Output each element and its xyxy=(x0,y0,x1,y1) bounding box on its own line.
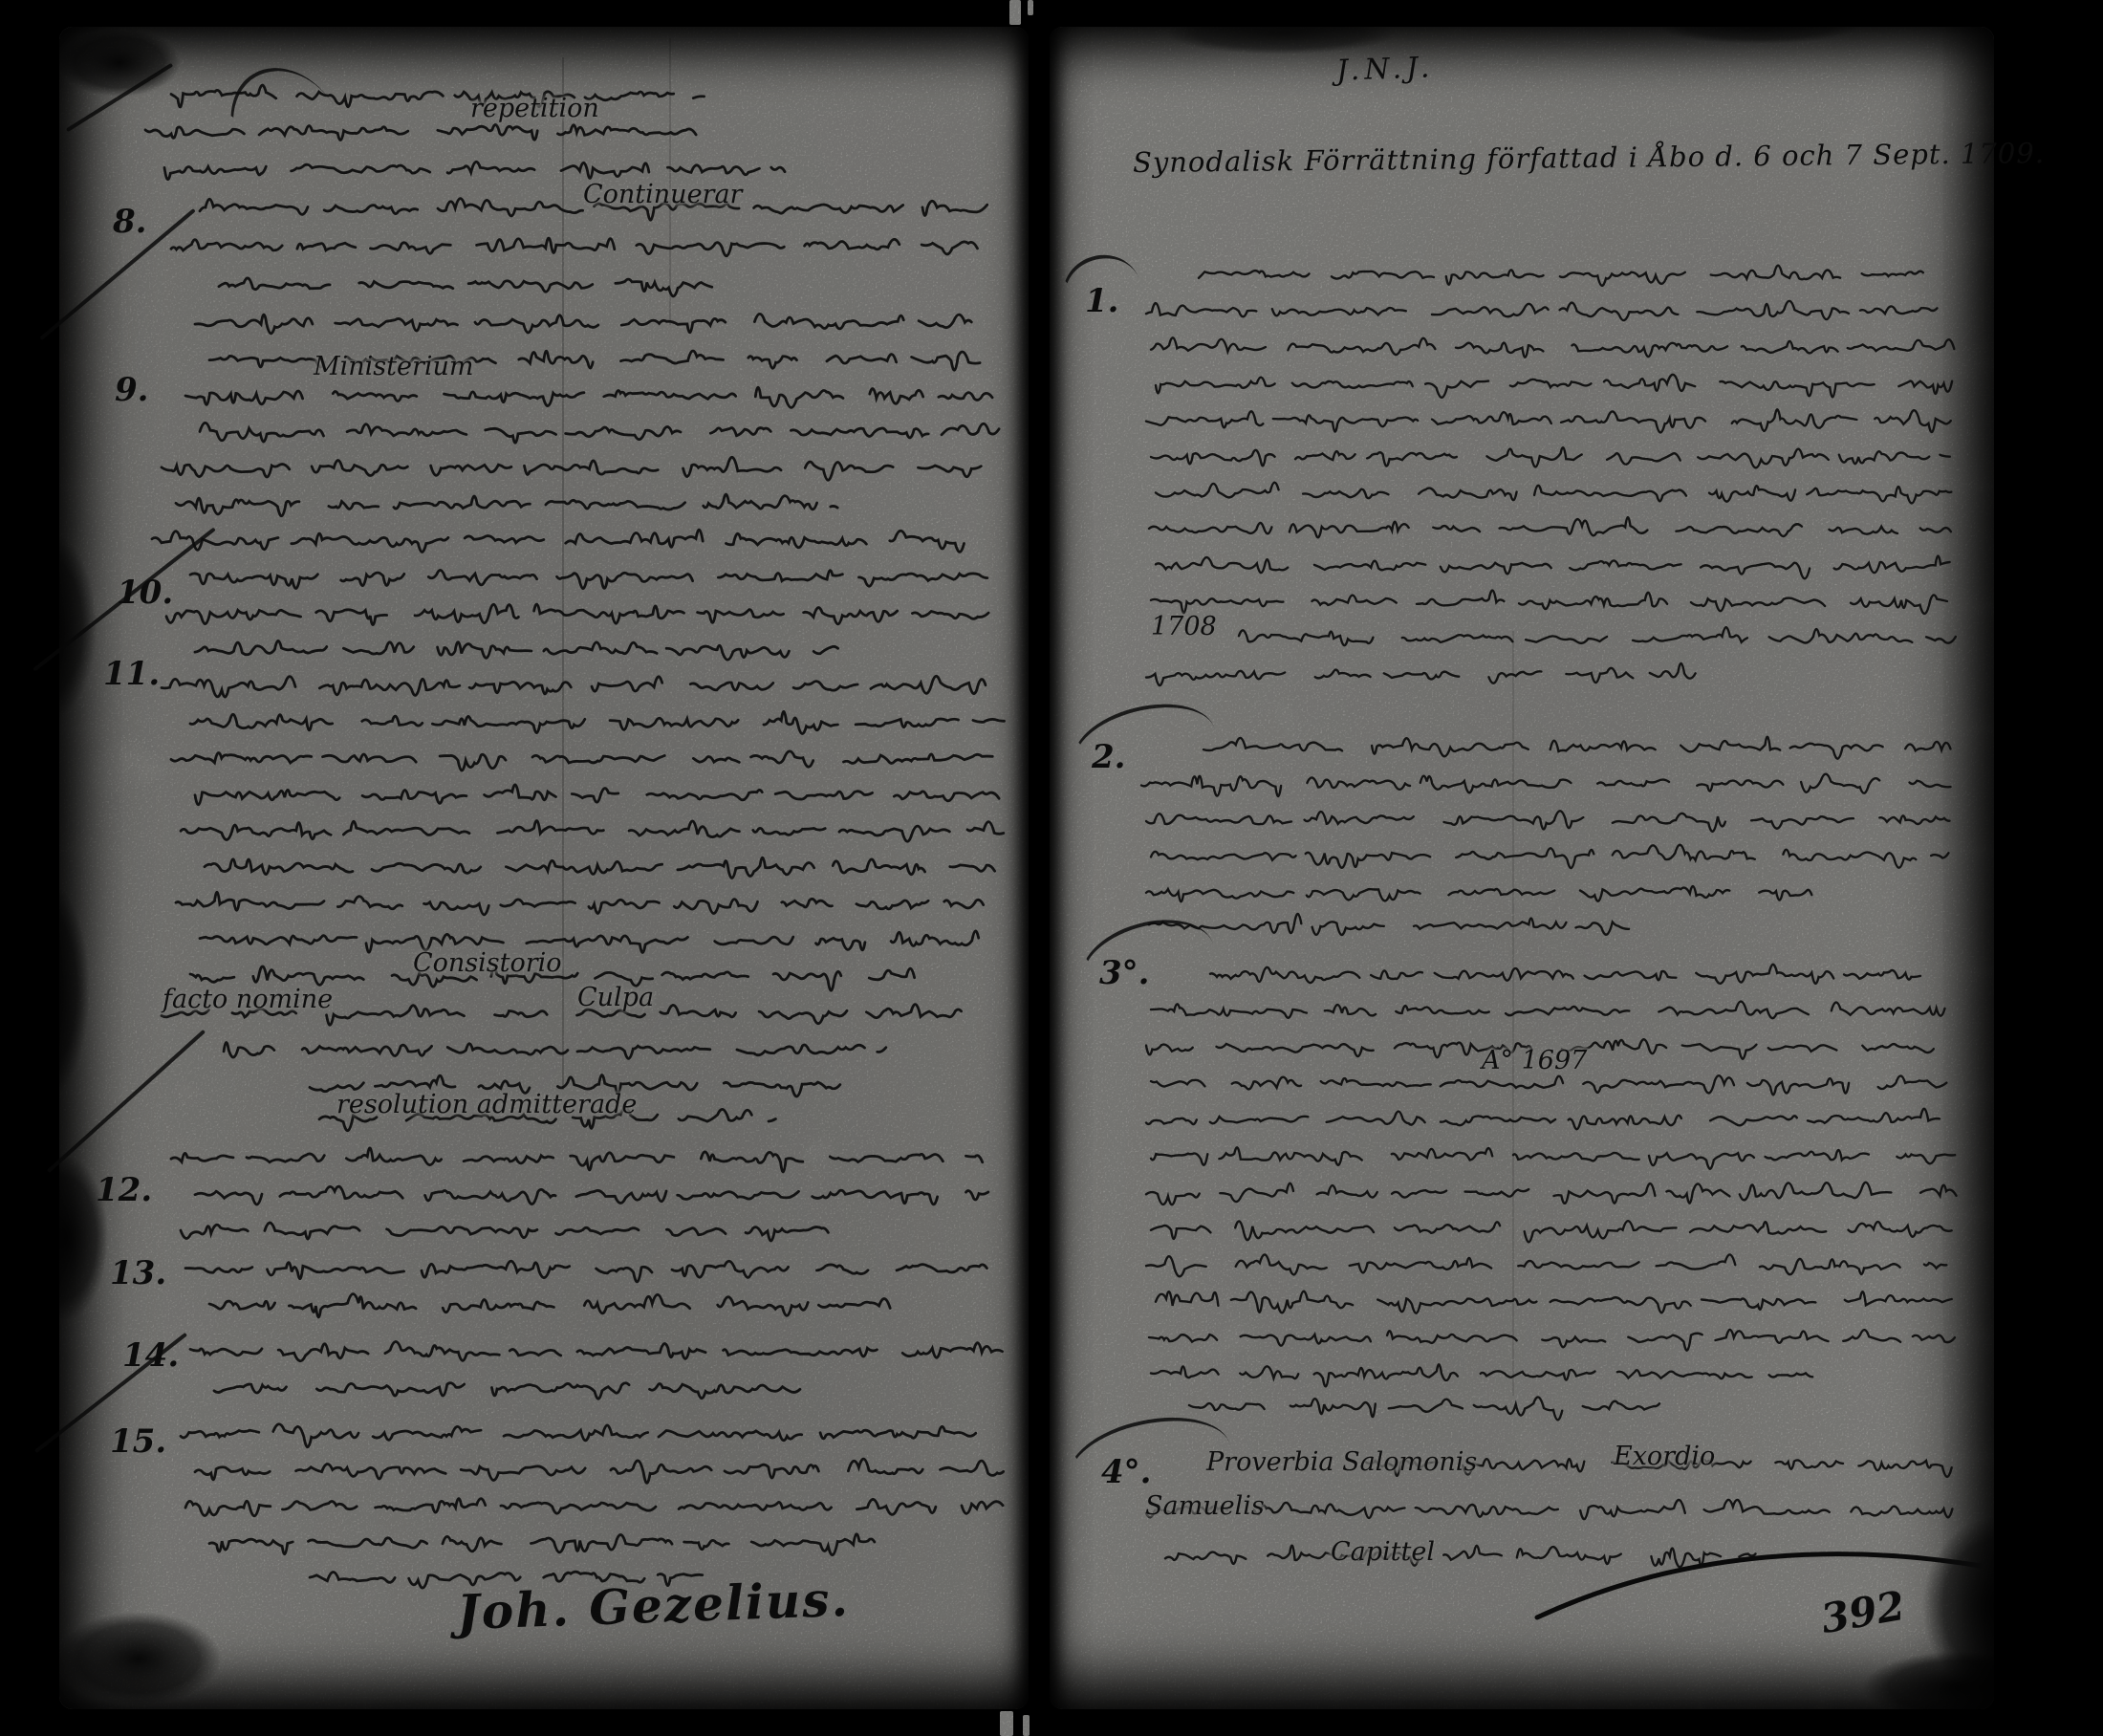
fragment-facto-nomine: facto nomine xyxy=(163,985,333,1014)
handwriting-line xyxy=(163,595,985,627)
handwriting-line xyxy=(1145,906,1623,939)
margin-number-11: 11. xyxy=(103,655,160,693)
manuscript-scan: J.N.J. Synodalisk Förrättning författad … xyxy=(0,0,2103,1736)
fragment-ministerium: Ministerium xyxy=(314,352,474,381)
handwriting-line xyxy=(1147,992,1950,1025)
handwriting-line xyxy=(220,1031,889,1063)
handwriting-line xyxy=(1142,801,1950,834)
handwriting-line xyxy=(1152,547,1950,579)
handwriting-line xyxy=(186,1333,999,1365)
handwriting-line xyxy=(1142,1247,1950,1279)
handwriting-line xyxy=(1147,329,1950,361)
margin-number-14: 14. xyxy=(122,1336,179,1375)
handwriting-line xyxy=(182,1487,1004,1520)
handwriting-line xyxy=(1147,1138,1950,1170)
margin-number-1: 1. xyxy=(1085,282,1119,320)
handwriting-line xyxy=(1142,401,1950,434)
handwriting-line xyxy=(1152,474,1950,507)
handwriting-line xyxy=(191,776,994,809)
margin-number-3: 3°. xyxy=(1099,954,1150,992)
handwriting-line xyxy=(1161,1537,1754,1570)
handwriting-line xyxy=(1195,256,1950,289)
handwriting-line xyxy=(167,1139,980,1172)
handwriting-line xyxy=(1142,656,1697,688)
handwriting-line xyxy=(177,1415,999,1447)
handwriting-line xyxy=(182,377,994,409)
handwriting-line xyxy=(1145,510,1950,543)
handwriting-line xyxy=(1142,1101,1950,1134)
handwriting-line xyxy=(148,522,989,554)
handwriting-line xyxy=(1147,1210,1950,1243)
handwriting-line xyxy=(196,922,980,954)
handwriting-line xyxy=(172,885,985,918)
handwriting-line xyxy=(141,113,725,145)
handwriting-line xyxy=(206,1287,894,1319)
handwriting-line xyxy=(1147,438,1950,470)
handwriting-line xyxy=(1200,728,1950,761)
handwriting-line xyxy=(1185,1388,1663,1421)
fragment-year-1708: 1708 xyxy=(1151,612,1217,641)
handwriting-line xyxy=(201,849,994,881)
fragment-samuelis: Samuelis xyxy=(1145,1491,1265,1521)
margin-number-12: 12. xyxy=(96,1171,152,1209)
fragment-resolution: resolution admitterade xyxy=(336,1090,637,1119)
handwriting-line xyxy=(1138,765,1950,797)
handwriting-line xyxy=(167,740,989,772)
handwriting-line xyxy=(210,1369,822,1401)
handwriting-line xyxy=(1147,837,1950,870)
handwriting-line xyxy=(1142,874,1811,906)
handwriting-line xyxy=(191,631,841,663)
margin-number-13: 13. xyxy=(110,1254,166,1292)
handwriting-line xyxy=(167,76,703,109)
margin-number-15: 15. xyxy=(110,1422,166,1461)
margin-number-10: 10. xyxy=(117,574,173,612)
handwriting-line xyxy=(196,413,999,445)
handwriting-line xyxy=(1206,956,1950,988)
handwriting-line xyxy=(182,1250,985,1283)
handwriting-line xyxy=(186,704,999,736)
handwriting-line xyxy=(1145,1319,1950,1352)
handwriting-line xyxy=(177,1212,827,1245)
margin-number-4: 4°. xyxy=(1101,1453,1152,1491)
fragment-capittel: Capittel xyxy=(1331,1537,1435,1567)
handwriting-layer xyxy=(0,0,2103,1736)
margin-number-2: 2. xyxy=(1092,738,1126,776)
fragment-continuerar: Continuerar xyxy=(583,180,742,209)
handwriting-line xyxy=(215,266,712,298)
handwriting-line xyxy=(158,667,989,700)
fragment-repetition: repetition xyxy=(470,94,599,123)
handwriting-line xyxy=(206,1524,875,1556)
handwriting-line xyxy=(1147,583,1948,616)
handwriting-line xyxy=(177,813,999,845)
fragment-year-1697: A° 1697 xyxy=(1482,1046,1587,1075)
handwriting-line xyxy=(1235,619,1950,652)
margin-number-9: 9. xyxy=(115,371,149,409)
handwriting-line xyxy=(167,228,980,260)
handwriting-line xyxy=(186,558,989,591)
handwriting-line xyxy=(1152,365,1950,398)
fragment-proverbia: Proverbia Salomonis xyxy=(1206,1447,1477,1477)
handwriting-line xyxy=(1142,1174,1950,1206)
handwriting-line xyxy=(191,1176,985,1208)
handwriting-line xyxy=(1142,293,1950,325)
handwriting-line xyxy=(172,486,841,518)
fragment-culpa: Culpa xyxy=(577,983,654,1012)
handwriting-line xyxy=(1147,1356,1816,1388)
handwriting-line xyxy=(191,1451,1004,1484)
margin-number-8: 8. xyxy=(113,203,147,241)
handwriting-line xyxy=(191,304,975,336)
fragment-consistorio: Consistorio xyxy=(413,948,562,978)
fragment-exordio: Exordio xyxy=(1614,1442,1715,1471)
invocation-text: J.N.J. xyxy=(1335,51,1435,88)
handwriting-line xyxy=(1152,1283,1950,1315)
handwriting-line xyxy=(161,151,782,184)
handwriting-line xyxy=(158,449,980,482)
